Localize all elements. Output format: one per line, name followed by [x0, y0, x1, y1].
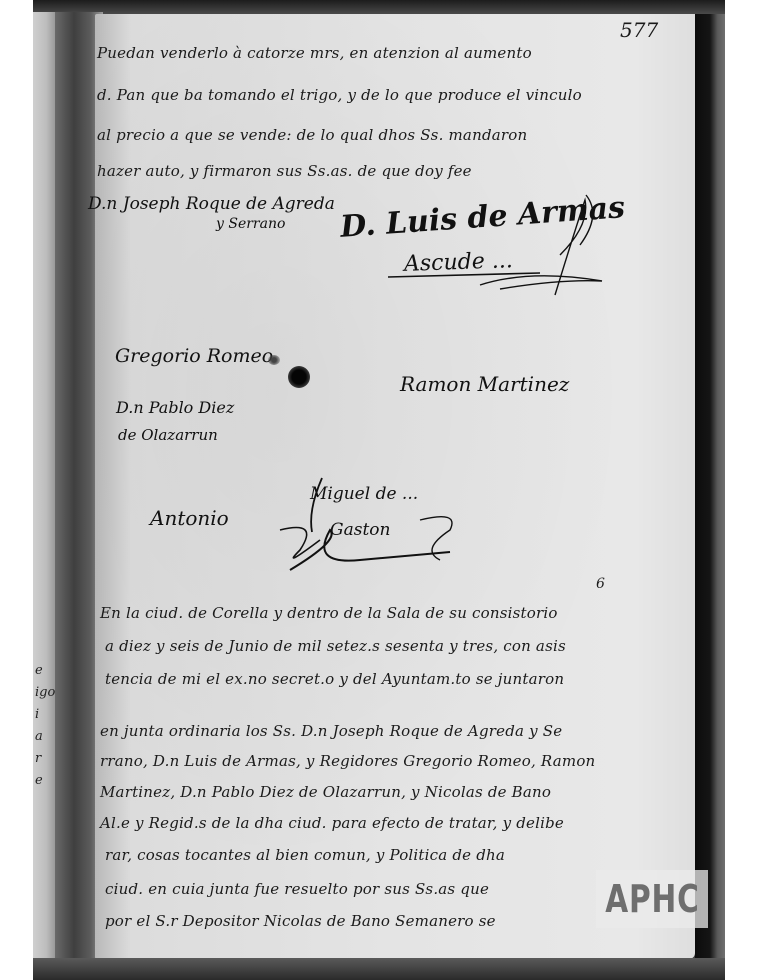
archive-watermark: APHC	[596, 870, 708, 928]
margin-mark: 6	[596, 576, 605, 592]
fragment: i	[35, 704, 55, 726]
text-line: Puedan venderlo à catorze mrs, en atenzi…	[97, 44, 532, 62]
text-line: tencia de mi el ex.no secret.o y del Ayu…	[105, 670, 564, 688]
signature-gaston: Gaston	[330, 520, 390, 540]
signature-escribano: Ascude ...	[404, 248, 514, 277]
text-line: a diez y seis de Junio de mil setez.s se…	[105, 637, 566, 655]
facing-page-fragments: e igo i a r e	[35, 660, 55, 792]
ink-blot	[288, 366, 310, 388]
text-line: En la ciud. de Corella y dentro de la Sa…	[100, 604, 558, 622]
text-line: rar, cosas tocantes al bien comun, y Pol…	[105, 846, 505, 864]
fragment: igo	[35, 682, 55, 704]
fragment: a	[35, 726, 55, 748]
fragment: e	[35, 660, 55, 682]
text-line: en junta ordinaria los Ss. D.n Joseph Ro…	[100, 722, 562, 740]
watermark-text: APHC	[605, 877, 699, 921]
text-line: por el S.r Depositor Nicolas de Bano Sem…	[105, 912, 496, 930]
signature-pablo-diez: D.n Pablo Diez	[116, 398, 234, 417]
signature-miguel: Miguel de ...	[310, 484, 418, 504]
text-line: ciud. en cuia junta fue resuelto por sus…	[105, 880, 489, 898]
folio-number: 577	[620, 18, 658, 42]
bottom-edge	[33, 958, 725, 980]
text-line: d. Pan que ba tomando el trigo, y de lo …	[97, 86, 582, 104]
text-line: Al.e y Regid.s de la dha ciud. para efec…	[100, 814, 564, 832]
signature-agreda: D.n Joseph Roque de Agreda	[88, 194, 335, 214]
top-binding-strip	[33, 0, 725, 14]
facing-page-edge	[33, 12, 56, 970]
text-line: hazer auto, y firmaron sus Ss.as. de que…	[97, 162, 472, 180]
signature-antonio: Antonio	[150, 506, 229, 530]
signature-ramon-martinez: Ramon Martinez	[400, 372, 569, 396]
signature-serrano: y Serrano	[216, 216, 285, 232]
fragment: e	[35, 770, 55, 792]
signature-gregorio-romeo: Gregorio Romeo	[115, 345, 273, 367]
ink-stain	[268, 355, 280, 365]
text-line: rrano, D.n Luis de Armas, y Regidores Gr…	[100, 752, 595, 770]
text-line: al precio a que se vende: de lo qual dho…	[97, 126, 527, 144]
text-line: Martinez, D.n Pablo Diez de Olazarrun, y…	[100, 783, 551, 801]
right-binding-edge	[695, 14, 725, 980]
signature-olazarrun: de Olazarrun	[118, 426, 218, 444]
fragment: r	[35, 748, 55, 770]
